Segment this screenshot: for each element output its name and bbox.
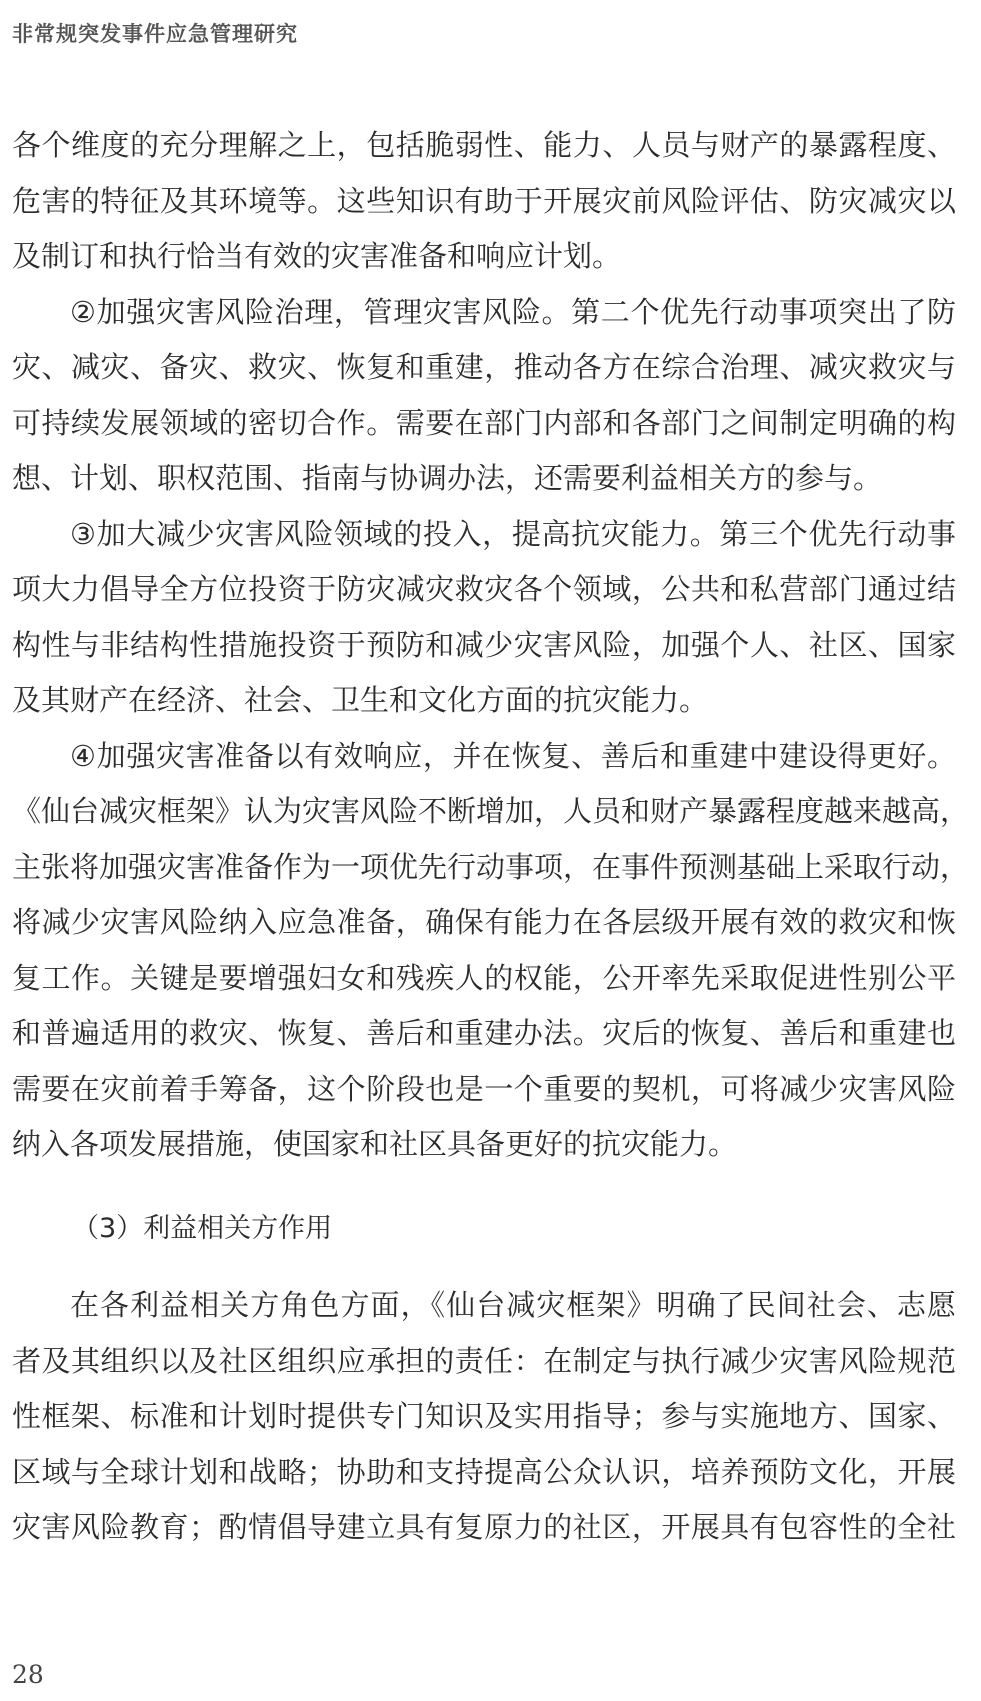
- text-line: 及制订和执行恰当有效的灾害准备和响应计划。: [12, 229, 956, 285]
- text-line: 危害的特征及其环境等。这些知识有助于开展灾前风险评估、防灾减灾以: [12, 174, 956, 230]
- text-line: 主张将加强灾害准备作为一项优先行动事项，在事件预测基础上采取行动，: [12, 840, 956, 896]
- text-line: ②加强灾害风险治理，管理灾害风险。第二个优先行动事项突出了防: [12, 285, 956, 341]
- text-line: 区域与全球计划和战略；协助和支持提高公众认识，培养预防文化，开展: [12, 1445, 956, 1501]
- text-line: 各个维度的充分理解之上，包括脆弱性、能力、人员与财产的暴露程度、: [12, 118, 956, 174]
- text-line: 和普遍适用的救灾、恢复、善后和重建办法。灾后的恢复、善后和重建也: [12, 1006, 956, 1062]
- text-line: 灾、减灾、备灾、救灾、恢复和重建，推动各方在综合治理、减灾救灾与: [12, 340, 956, 396]
- paragraph-stakeholders: 在各利益相关方角色方面，《仙台减灾框架》明确了民间社会、志愿 者及其组织以及社区…: [12, 1278, 956, 1556]
- text-line: 纳入各项发展措施，使国家和社区具备更好的抗灾能力。: [12, 1117, 956, 1173]
- text-line: ③加大减少灾害风险领域的投入，提高抗灾能力。第三个优先行动事: [12, 507, 956, 563]
- heading-spacer: [12, 1256, 956, 1278]
- text-line: 构性与非结构性措施投资于预防和减少灾害风险，加强个人、社区、国家: [12, 618, 956, 674]
- text-line: 及其财产在经济、社会、卫生和文化方面的抗灾能力。: [12, 673, 956, 729]
- text-line: 可持续发展领域的密切合作。需要在部门内部和各部门之间制定明确的构: [12, 396, 956, 452]
- section-heading: （3）利益相关方作用: [12, 1201, 956, 1257]
- text-line: 项大力倡导全方位投资于防灾减灾救灾各个领域，公共和私营部门通过结: [12, 562, 956, 618]
- text-line: 将减少灾害风险纳入应急准备，确保有能力在各层级开展有效的救灾和恢: [12, 895, 956, 951]
- text-line: 想、计划、职权范围、指南与协调办法，还需要利益相关方的参与。: [12, 451, 956, 507]
- paragraph-priority-3: ③加大减少灾害风险领域的投入，提高抗灾能力。第三个优先行动事 项大力倡导全方位投…: [12, 507, 956, 729]
- text-line: ④加强灾害准备以有效响应，并在恢复、善后和重建中建设得更好。: [12, 729, 956, 785]
- text-line: 在各利益相关方角色方面，《仙台减灾框架》明确了民间社会、志愿: [12, 1278, 956, 1334]
- page-body: 各个维度的充分理解之上，包括脆弱性、能力、人员与财产的暴露程度、 危害的特征及其…: [12, 118, 956, 1556]
- running-header-title: 非常规突发事件应急管理研究: [12, 18, 298, 48]
- paragraph-priority-4: ④加强灾害准备以有效响应，并在恢复、善后和重建中建设得更好。 《仙台减灾框架》认…: [12, 729, 956, 1173]
- text-line: 《仙台减灾框架》认为灾害风险不断增加，人员和财产暴露程度越来越高，: [12, 784, 956, 840]
- text-line: 性框架、标准和计划时提供专门知识及实用指导；参与实施地方、国家、: [12, 1389, 956, 1445]
- text-line: 灾害风险教育；酌情倡导建立具有复原力的社区，开展具有包容性的全社: [12, 1500, 956, 1556]
- text-line: 者及其组织以及社区组织应承担的责任：在制定与执行减少灾害风险规范: [12, 1334, 956, 1390]
- text-line: 需要在灾前着手筹备，这个阶段也是一个重要的契机，可将减少灾害风险: [12, 1062, 956, 1118]
- paragraph-priority-2: ②加强灾害风险治理，管理灾害风险。第二个优先行动事项突出了防 灾、减灾、备灾、救…: [12, 285, 956, 507]
- text-line: 复工作。关键是要增强妇女和残疾人的权能，公开率先采取促进性别公平: [12, 951, 956, 1007]
- paragraph-continuation: 各个维度的充分理解之上，包括脆弱性、能力、人员与财产的暴露程度、 危害的特征及其…: [12, 118, 956, 285]
- section-spacer: [12, 1173, 956, 1201]
- page-number: 28: [12, 1660, 44, 1689]
